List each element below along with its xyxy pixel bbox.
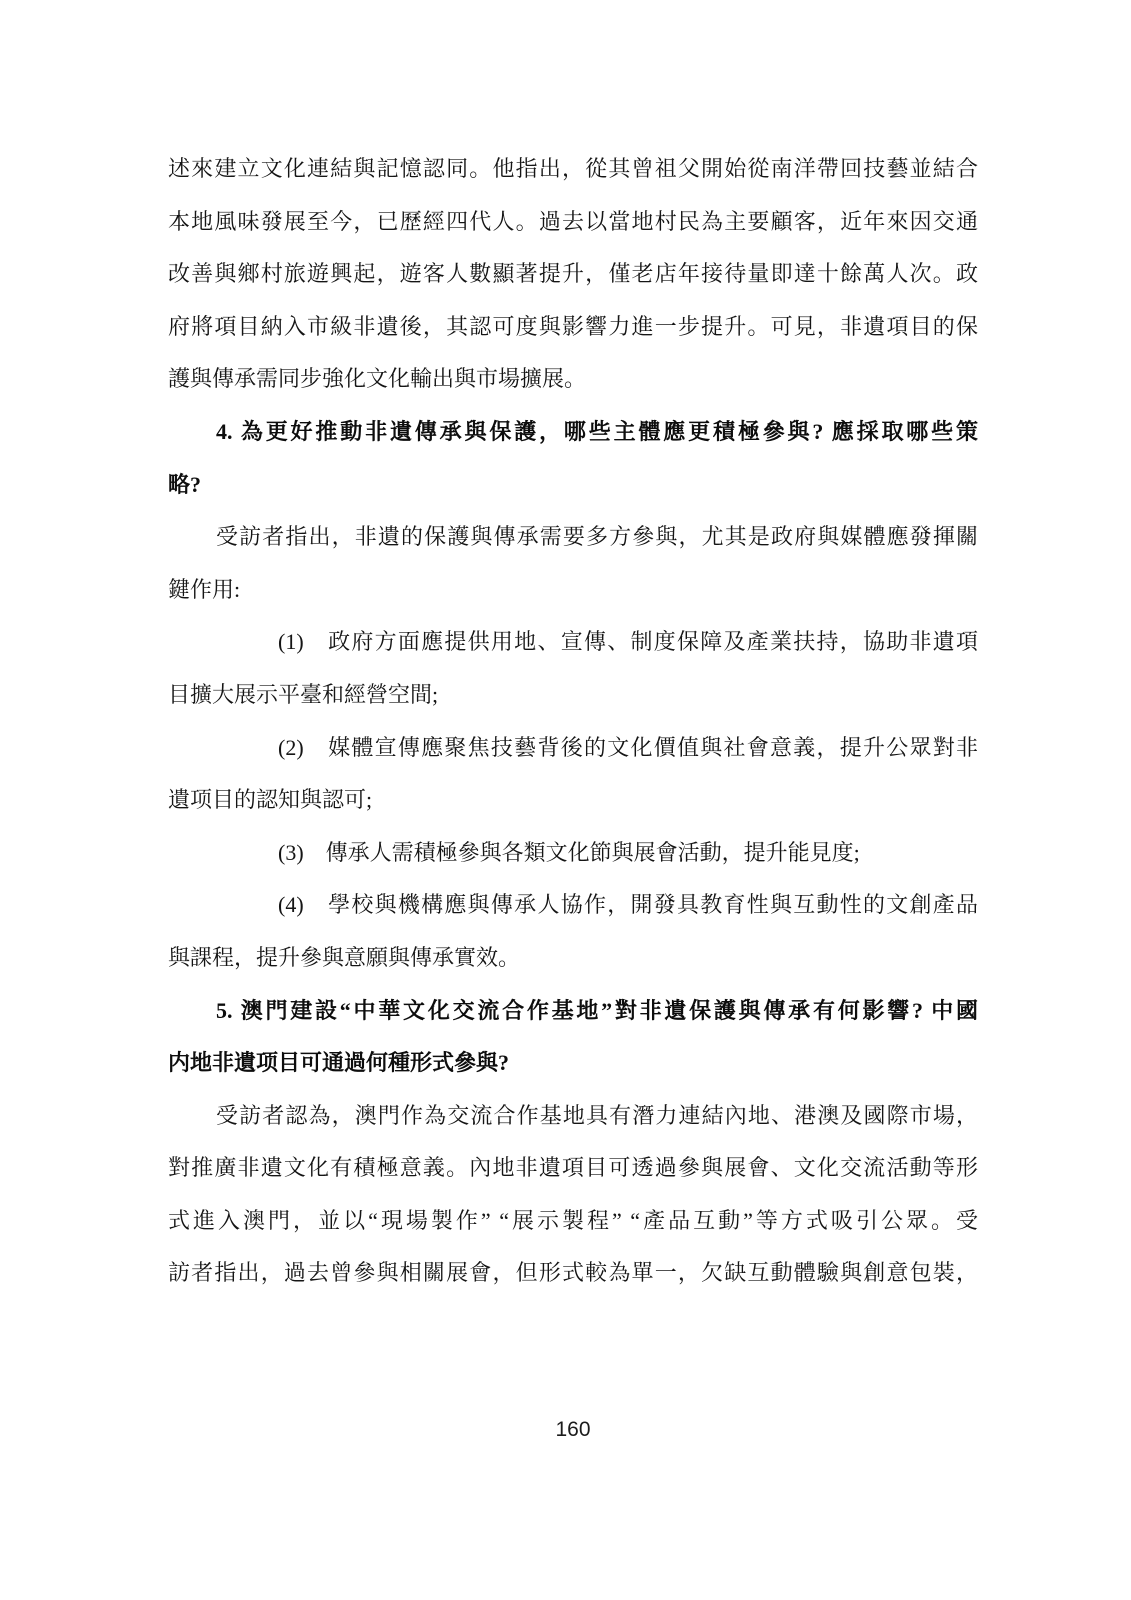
- page-number: 160: [168, 1418, 978, 1442]
- text-line: 略?: [168, 459, 978, 512]
- text-line: 訪者指出，過去曾參與相關展會，但形式較為單一，欠缺互動體驗與創意包裝，: [168, 1247, 978, 1300]
- text-line: 鍵作用:: [168, 564, 978, 617]
- text-line: (1) 政府方面應提供用地、宣傳、制度保障及產業扶持，協助非遺項: [168, 616, 978, 669]
- text-line: 遺项目的認知與認可;: [168, 774, 978, 827]
- document-body: 述來建立文化連結與記憶認同。他指出，從其曾祖父開始從南洋帶回技藝並結合本地風味發…: [168, 143, 978, 1300]
- text-line: 内地非遺项目可通過何種形式參與?: [168, 1037, 978, 1090]
- text-line: (3) 傳承人需積極參與各類文化節與展會活動，提升能見度;: [168, 827, 978, 880]
- text-line: 述來建立文化連結與記憶認同。他指出，從其曾祖父開始從南洋帶回技藝並結合: [168, 143, 978, 196]
- text-line: 對推廣非遺文化有積極意義。內地非遺項目可透過參與展會、文化交流活動等形: [168, 1142, 978, 1195]
- text-line: 5. 澳門建設“中華文化交流合作基地”對非遺保護與傳承有何影響? 中國: [168, 985, 978, 1038]
- text-line: (2) 媒體宣傳應聚焦技藝背後的文化價值與社會意義，提升公眾對非: [168, 722, 978, 775]
- text-line: 與課程，提升參與意願與傳承實效。: [168, 932, 978, 985]
- text-line: 護與傳承需同步強化文化輸出與市場擴展。: [168, 353, 978, 406]
- text-line: 府將項目納入市級非遺後，其認可度與影響力進一步提升。可見，非遺項目的保: [168, 301, 978, 354]
- text-line: 目擴大展示平臺和經營空間;: [168, 669, 978, 722]
- document-page: 述來建立文化連結與記憶認同。他指出，從其曾祖父開始從南洋帶回技藝並結合本地風味發…: [0, 0, 1131, 1600]
- text-line: 改善與鄉村旅遊興起，遊客人數顯著提升，僅老店年接待量即達十餘萬人次。政: [168, 248, 978, 301]
- text-line: 4. 為更好推動非遺傳承與保護，哪些主體應更積極參與? 應採取哪些策: [168, 406, 978, 459]
- text-line: 本地風味發展至今，已歷經四代人。過去以當地村民為主要顧客，近年來因交通: [168, 196, 978, 249]
- text-line: 式進入澳門，並以“現場製作” “展示製程” “產品互動”等方式吸引公眾。受: [168, 1195, 978, 1248]
- text-line: 受訪者認為，澳門作為交流合作基地具有潛力連結內地、港澳及國際市場，: [168, 1090, 978, 1143]
- text-line: 受訪者指出，非遺的保護與傳承需要多方參與，尤其是政府與媒體應發揮關: [168, 511, 978, 564]
- text-line: (4) 學校與機構應與傳承人協作，開發具教育性與互動性的文創產品: [168, 879, 978, 932]
